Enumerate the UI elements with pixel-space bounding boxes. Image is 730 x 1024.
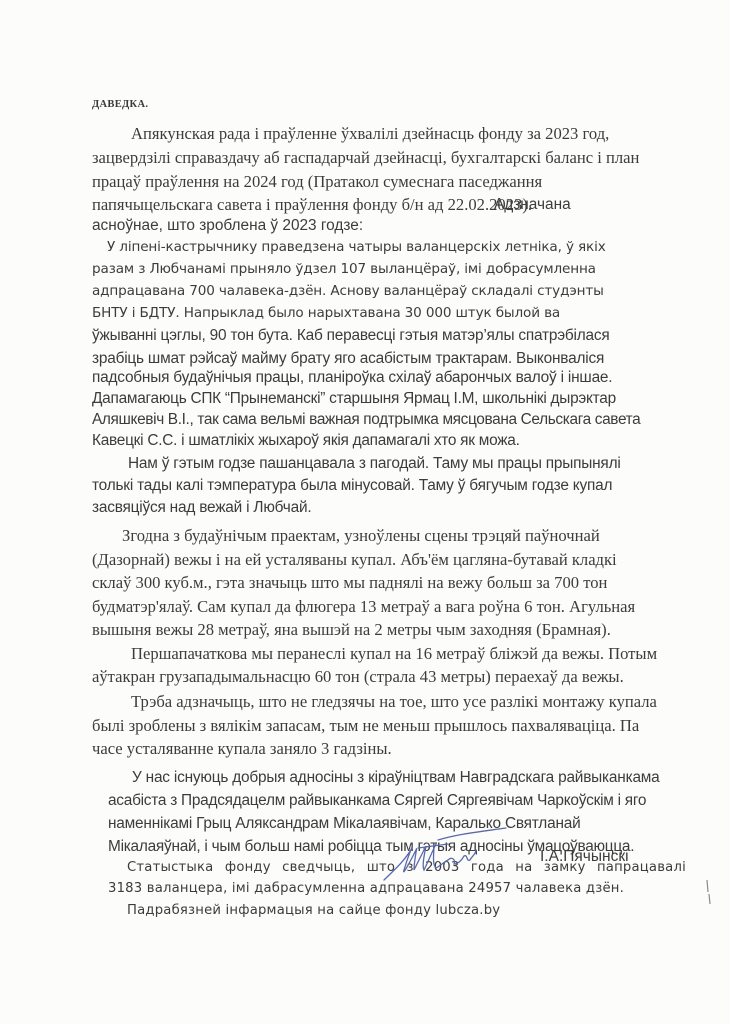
text-line: Дапамагаюць СПК “Прынеманскі” старшыня Я…: [92, 390, 616, 408]
text-line: часе усталяванне купала заняло 3 гадзіны…: [92, 739, 392, 759]
text-line: (Дазорнай) вежы і на ей усталяваны купал…: [92, 550, 617, 570]
text-line: ўжыванні цэглы, 90 тон бута. Каб перавес…: [92, 327, 610, 345]
text-line: падсобныя будаўнічыя працы, планіроўка с…: [92, 369, 612, 387]
text-line: Падрабязней інфармацыя на сайце фонду lu…: [127, 903, 500, 918]
handwritten-signature: [378, 826, 508, 886]
text-line: Кавецкі С.С. і шматлікіх жыхароў якія да…: [92, 432, 520, 450]
text-line: Нам ў гэтым годзе пашанцавала з пагодай.…: [128, 455, 621, 473]
text-line: аўтакран грузападымальнасцю 60 тон (стра…: [92, 667, 624, 687]
text-line: вышыня вежы 28 метраў, яна вышэй на 2 ме…: [92, 620, 611, 640]
text-line: разам з Любчанамі прыняло ўдзел 107 выла…: [92, 261, 596, 277]
text-line: толькі тады калі тэмпература была мінусо…: [92, 477, 612, 495]
text-line: засвяціўся над вежай і Любчай.: [92, 499, 311, 517]
text-line: асноўнае, што зроблена ў 2023 годзе:: [92, 217, 363, 235]
signature-name: І.А.Пячынскі: [540, 848, 629, 866]
text-line: зацвердзілі справаздачу аб гаспадарчай д…: [92, 148, 639, 168]
text-line: былі зроблены з вялікім запасам, тым не …: [92, 716, 639, 736]
text-line: БНТУ і БДТУ. Напрыклад было нарыхтавана …: [92, 305, 560, 321]
text-line: працаў праўлення на 2024 год (Пратакол с…: [92, 172, 542, 192]
document-page: ДАВЕДКА. Апякунская рада і праўленне ўхв…: [0, 0, 730, 1024]
text-line: Першапачаткова мы перанеслі купал на 16 …: [131, 644, 657, 664]
text-line: Адзначана: [494, 196, 571, 214]
text-line: зрабіць шмат рэйсаў майму брату яго асаб…: [92, 350, 604, 368]
text-line: наменнікамі Грыц Аляксандрам Мікалаявіча…: [108, 815, 581, 833]
text-line: 3183 валанцера, імі дабрасумленна адпрац…: [108, 881, 624, 896]
text-line: склаў 300 куб.м., гэта значыць што мы па…: [92, 573, 607, 593]
document-title: ДАВЕДКА.: [92, 99, 148, 110]
text-line: папячыцельскага савета і праўлення фонду…: [92, 195, 532, 215]
text-line: У нас існуюць добрыя адносіны з кіраўніц…: [132, 769, 660, 787]
text-line: Апякунская рада і праўленне ўхвалілі дзе…: [131, 124, 609, 144]
text-line: асабіста з Прадсядацелм райвыканкама Сяр…: [108, 792, 646, 810]
text-line: адпрацавана 700 чалавека-дзён. Аснову ва…: [92, 283, 604, 299]
text-line: Аляшкевіч В.І., так сама вельмі важная п…: [92, 411, 640, 429]
text-line: Трэба адзначыць, што не гледзячы на тое,…: [131, 692, 657, 712]
text-line: будматэр'ялаў. Сам купал да флюгера 13 м…: [92, 597, 635, 617]
text-line: Згодна з будаўнічым праектам, узноўлены …: [122, 526, 600, 546]
text-line: У ліпені-кастрычнику праведзена чатыры в…: [107, 239, 606, 255]
scan-mark: [704, 878, 714, 908]
